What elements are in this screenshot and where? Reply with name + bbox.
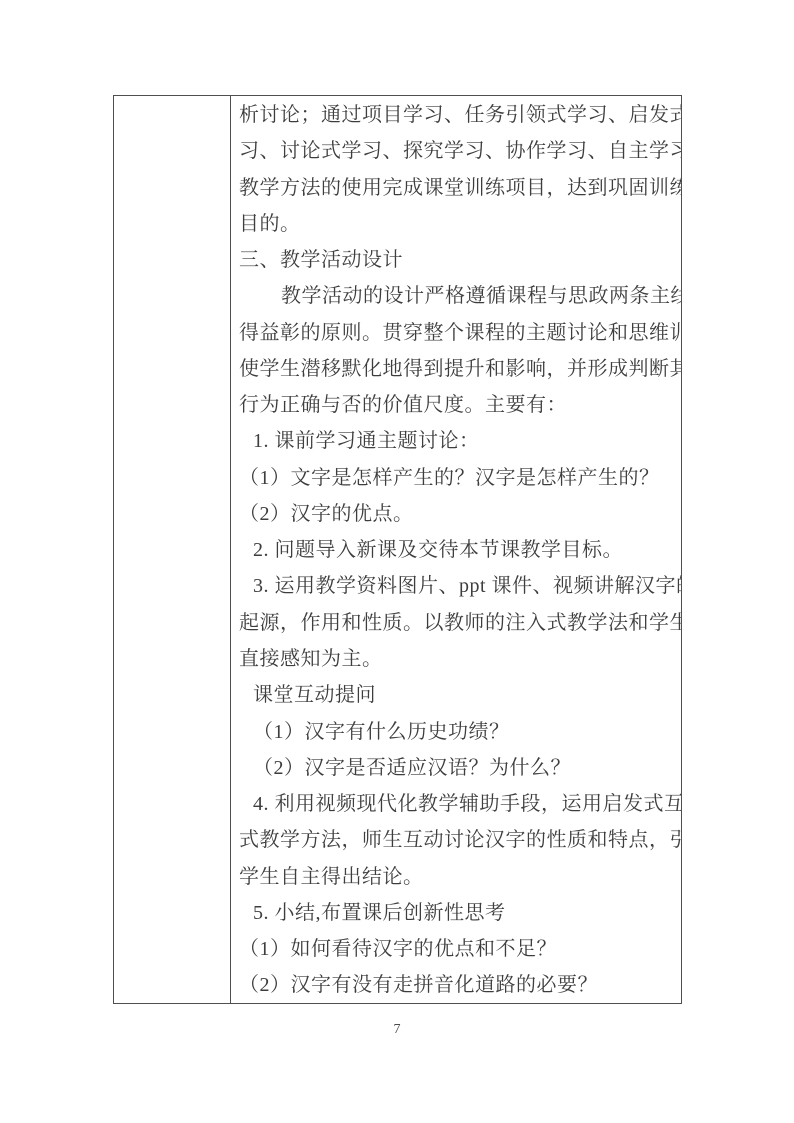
list-subitem: （1）如何看待汉字的优点和不足？ [239,931,676,967]
list-subitem: （2）汉字是否适应汉语？为什么？ [239,750,676,786]
list-item: 2. 问题导入新课及交待本节课教学目标。 [239,532,676,568]
text-line: 教学方法的使用完成课堂训练项目，达到巩固训练的 [239,170,676,206]
list-item: 5. 小结,布置课后创新性思考 [239,895,676,931]
text-line: 起源，作用和性质。以教师的注入式教学法和学生的 [239,605,676,641]
list-subitem: （2）汉字有没有走拼音化道路的必要？ [239,967,676,1003]
text-line: 直接感知为主。 [239,641,676,677]
list-subitem: （1）文字是怎样产生的？汉字是怎样产生的？ [239,460,676,496]
section-heading: 三、教学活动设计 [239,242,676,278]
text-line: 教学活动的设计严格遵循课程与思政两条主线相 [239,278,676,314]
text-line: 式教学方法，师生互动讨论汉字的性质和特点，引导 [239,822,676,858]
list-item: 4. 利用视频现代化教学辅助手段，运用启发式互动 [239,786,676,822]
text-line: 得益彰的原则。贯穿整个课程的主题讨论和思维训练 [239,315,676,351]
text-line: 析讨论；通过项目学习、任务引领式学习、启发式学 [239,97,676,133]
text-line: 行为正确与否的价值尺度。主要有： [239,387,676,423]
text-line: 学生自主得出结论。 [239,859,676,895]
list-subitem: （2）汉字的优点。 [239,496,676,532]
table-cell-content: 析讨论；通过项目学习、任务引领式学习、启发式学 习、讨论式学习、探究学习、协作学… [231,96,681,1003]
page-number: 7 [0,1022,794,1038]
lesson-plan-table: 析讨论；通过项目学习、任务引领式学习、启发式学 习、讨论式学习、探究学习、协作学… [113,95,682,1004]
text-line: 课堂互动提问 [239,677,676,713]
text-line: 习、讨论式学习、探究学习、协作学习、自主学习等 [239,133,676,169]
list-item: 1. 课前学习通主题讨论： [239,423,676,459]
table-cell-left-empty [114,96,231,1003]
list-item: 3. 运用教学资料图片、ppt 课件、视频讲解汉字的 [239,568,676,604]
document-page: 析讨论；通过项目学习、任务引领式学习、启发式学 习、讨论式学习、探究学习、协作学… [0,0,794,1123]
list-subitem: （1）汉字有什么历史功绩？ [239,714,676,750]
text-line: 使学生潜移默化地得到提升和影响，并形成判断其他 [239,351,676,387]
text-line: 目的。 [239,206,676,242]
